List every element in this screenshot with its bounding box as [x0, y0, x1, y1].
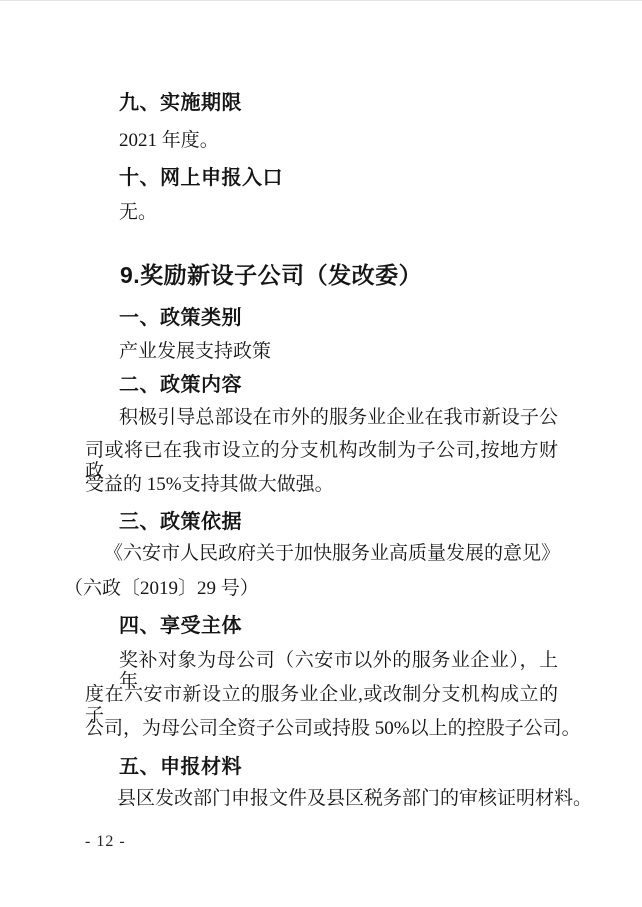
- heading-beneficiary: 四、享受主体: [119, 616, 242, 638]
- policy-content-line-3: 受益的 15%支持其做大做强。: [85, 475, 334, 496]
- policy-basis-line-2: （六政〔2019〕29 号）: [64, 579, 259, 600]
- heading-policy-category: 一、政策类别: [119, 308, 242, 330]
- heading-application-materials: 五、申报材料: [119, 757, 242, 779]
- policy-basis-line-1: 《六安市人民政府关于加快服务业高质量发展的意见》: [104, 544, 560, 565]
- online-application-entry-text: 无。: [119, 203, 157, 224]
- policy-category-text: 产业发展支持政策: [119, 342, 271, 363]
- page-number: - 12 -: [85, 833, 126, 850]
- application-materials-text: 县区发改部门申报文件及县区税务部门的审核证明材料。: [117, 789, 592, 810]
- scan-edge-line: [0, 0, 642, 1]
- document-page: 九、实施期限 2021 年度。 十、网上申报入口 无。 9.奖励新设子公司（发改…: [0, 0, 642, 907]
- heading-policy-basis: 三、政策依据: [119, 512, 242, 534]
- section-title: 9.奖励新设子公司（发改委）: [120, 263, 422, 288]
- heading-implementation-period: 九、实施期限: [119, 93, 242, 115]
- policy-content-line-1: 积极引导总部设在市外的服务业企业在我市新设子公: [119, 408, 558, 429]
- beneficiary-line-3: 公司，为母公司全资子公司或持股 50%以上的控股子公司。: [85, 719, 581, 740]
- heading-online-application-entry: 十、网上申报入口: [119, 168, 283, 190]
- heading-policy-content: 二、政策内容: [119, 375, 242, 397]
- implementation-period-text: 2021 年度。: [119, 131, 219, 152]
